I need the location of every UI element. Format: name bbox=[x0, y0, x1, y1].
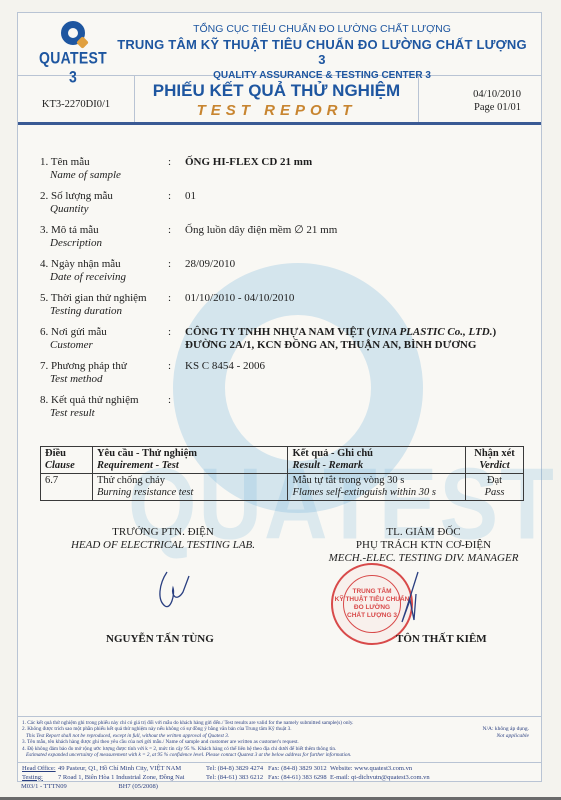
sample-info-fields: 1. Tên mẫuName of sample : ỐNG HI-FLEX C… bbox=[40, 156, 530, 428]
field-label-en: Testing duration bbox=[40, 305, 147, 318]
field-test-result: 8. Kết quả thử nghiệmTest result : bbox=[40, 394, 530, 428]
results-table: ĐiềuClause Yêu cầu - Thử nghiệmRequireme… bbox=[40, 446, 524, 501]
field-label: 7. Phương pháp thử bbox=[40, 360, 127, 372]
field-label-en: Description bbox=[40, 237, 102, 250]
signer-title-en: MECH.-ELEC. TESTING DIV. MANAGER bbox=[306, 552, 541, 565]
cell-result: Mẫu tự tắt trong vòng 30 sFlames self-ex… bbox=[288, 474, 466, 501]
form-number: M03/1 - TTTN09 bbox=[21, 783, 67, 790]
signature-block-right: TL. GIÁM ĐỐC PHỤ TRÁCH KTN CƠ-ĐIỆN MECH.… bbox=[306, 526, 541, 565]
cell-verdict: ĐạtPass bbox=[466, 474, 524, 501]
field-date-received: 4. Ngày nhận mẫuDate of receiving : 28/0… bbox=[40, 258, 530, 292]
contact-info: Head Office: 49 Pasteur, Q1, Hồ Chí Minh… bbox=[18, 762, 541, 784]
field-label: 6. Nơi gửi mẫu bbox=[40, 326, 107, 338]
table-row: 6.7 Thử chống cháyBurning resistance tes… bbox=[41, 474, 524, 501]
testing-fax: Fax: (84-61) 383 6298 bbox=[268, 774, 330, 783]
signer-title-en: HEAD OF ELECTRICAL TESTING LAB. bbox=[48, 539, 278, 552]
cell-clause: 6.7 bbox=[41, 474, 93, 501]
head-office-tel: Tel: (84-8) 3829 4274 bbox=[206, 765, 268, 774]
email-link[interactable]: E-mail: qt-dichvutn@quatest3.com.vn bbox=[330, 774, 430, 783]
field-label-en: Test method bbox=[40, 373, 127, 386]
customer-name-en: VINA PLASTIC Co., LTD. bbox=[370, 326, 492, 338]
letterhead: QUATEST 3 TỔNG CỤC TIÊU CHUẨN ĐO LƯỜNG C… bbox=[18, 13, 541, 76]
report-title-en: TEST REPORT bbox=[135, 102, 418, 119]
colon: : bbox=[168, 156, 171, 169]
signature-icon bbox=[153, 570, 193, 615]
field-label: 8. Kết quả thử nghiệm bbox=[40, 394, 139, 406]
header-clause: ĐiềuClause bbox=[41, 447, 93, 474]
field-label-en: Date of receiving bbox=[40, 271, 126, 284]
customer-name: CÔNG TY TNHH NHỰA NAM VIỆT ( bbox=[185, 326, 370, 338]
field-value: ỐNG HI-FLEX CD 21 mm bbox=[185, 156, 312, 169]
head-office-row: Head Office: 49 Pasteur, Q1, Hồ Chí Minh… bbox=[22, 765, 537, 774]
field-label-en: Test result bbox=[40, 407, 139, 420]
head-office-address: 49 Pasteur, Q1, Hồ Chí Minh City, VIỆT N… bbox=[58, 765, 206, 774]
field-label: 4. Ngày nhận mẫu bbox=[40, 258, 121, 270]
note-4-en: Estimated expanded uncertainty of measur… bbox=[22, 752, 537, 758]
field-value: CÔNG TY TNHH NHỰA NAM VIỆT (VINA PLASTIC… bbox=[185, 326, 496, 352]
signature-icon bbox=[396, 570, 426, 630]
field-label: 1. Tên mẫu bbox=[40, 156, 90, 168]
footnotes: 1. Các kết quả thử nghiệm ghi trong phiế… bbox=[18, 716, 541, 761]
signer-name-left: NGUYỄN TẤN TÙNG bbox=[106, 633, 214, 645]
colon: : bbox=[168, 326, 171, 339]
report-date: 04/10/2010 bbox=[418, 88, 521, 101]
colon: : bbox=[168, 292, 171, 305]
cell-requirement: Thử chống cháyBurning resistance test bbox=[92, 474, 288, 501]
field-value: 01/10/2010 - 04/10/2010 bbox=[185, 292, 294, 305]
form-revision: BH7 (05/2008) bbox=[118, 783, 158, 790]
field-value: Ống luồn dây điện mềm ∅ 21 mm bbox=[185, 224, 337, 237]
testing-label: Testing: bbox=[22, 774, 58, 783]
signer-title-vn: TL. GIÁM ĐỐC bbox=[306, 526, 541, 539]
field-label: 2. Số lượng mẫu bbox=[40, 190, 113, 202]
quatest-logo: QUATEST 3 bbox=[38, 21, 108, 83]
signature-block-left: TRƯỞNG PTN. ĐIỆN HEAD OF ELECTRICAL TEST… bbox=[48, 526, 278, 552]
header-requirement: Yêu cầu - Thử nghiệmRequirement - Test bbox=[92, 447, 288, 474]
page-number: Page 01/01 bbox=[418, 101, 521, 114]
field-test-method: 7. Phương pháp thửTest method : KS C 845… bbox=[40, 360, 530, 394]
field-description: 3. Mô tả mẫuDescription : Ống luồn dây đ… bbox=[40, 224, 530, 258]
report-number: KT3-2270DI0/1 bbox=[18, 75, 135, 122]
field-label: 5. Thời gian thử nghiệm bbox=[40, 292, 147, 304]
organization-name: TỔNG CỤC TIÊU CHUẨN ĐO LƯỜNG CHẤT LƯỢNG … bbox=[113, 23, 531, 81]
report-title-vn: PHIẾU KẾT QUẢ THỬ NGHIỆM bbox=[135, 81, 418, 101]
center-name-vn: TRUNG TÂM KỸ THUẬT TIÊU CHUẨN ĐO LƯỜNG C… bbox=[113, 37, 531, 67]
logo-q-icon bbox=[61, 21, 85, 45]
field-quantity: 2. Số lượng mẫuQuantity : 01 bbox=[40, 190, 530, 224]
signer-title-vn: TRƯỞNG PTN. ĐIỆN bbox=[48, 526, 278, 539]
field-label-en: Name of sample bbox=[40, 169, 121, 182]
field-sample-name: 1. Tên mẫuName of sample : ỐNG HI-FLEX C… bbox=[40, 156, 530, 190]
na-legend: N/A: không áp dụng. Not applicable bbox=[483, 726, 529, 740]
report-date-page: 04/10/2010 Page 01/01 bbox=[418, 75, 543, 122]
colon: : bbox=[168, 258, 171, 271]
customer-address: ĐƯỜNG 2A/1, KCN ĐỒNG AN, THUẬN AN, BÌNH … bbox=[185, 339, 476, 351]
field-customer: 6. Nơi gửi mẫuCustomer : CÔNG TY TNHH NH… bbox=[40, 326, 530, 360]
colon: : bbox=[168, 394, 171, 407]
signer-name-right: TÔN THẤT KIÊM bbox=[396, 633, 487, 645]
header-result: Kết quả - Ghi chúResult - Remark bbox=[288, 447, 466, 474]
signer-subtitle-vn: PHỤ TRÁCH KTN CƠ-ĐIỆN bbox=[306, 539, 541, 552]
field-label: 3. Mô tả mẫu bbox=[40, 224, 99, 236]
field-value: 01 bbox=[185, 190, 196, 203]
field-value: KS C 8454 - 2006 bbox=[185, 360, 265, 373]
field-testing-duration: 5. Thời gian thử nghiệmTesting duration … bbox=[40, 292, 530, 326]
colon: : bbox=[168, 360, 171, 373]
testing-address: 7 Road 1, Biên Hòa 1 Industrial Zone, Đồ… bbox=[58, 774, 206, 783]
testing-row: Testing: 7 Road 1, Biên Hòa 1 Industrial… bbox=[22, 774, 537, 783]
report-title: PHIẾU KẾT QUẢ THỬ NGHIỆM TEST REPORT bbox=[135, 75, 419, 122]
testing-tel: Tel: (84-61) 383 6212 bbox=[206, 774, 268, 783]
colon: : bbox=[168, 190, 171, 203]
report-title-bar: KT3-2270DI0/1 PHIẾU KẾT QUẢ THỬ NGHIỆM T… bbox=[18, 75, 541, 125]
colon: : bbox=[168, 224, 171, 237]
head-office-label: Head Office: bbox=[22, 765, 58, 774]
na-en: Not applicable bbox=[483, 733, 529, 740]
table-header-row: ĐiềuClause Yêu cầu - Thử nghiệmRequireme… bbox=[41, 447, 524, 474]
header-verdict: Nhận xétVerdict bbox=[466, 447, 524, 474]
field-value: 28/09/2010 bbox=[185, 258, 235, 271]
field-label-en: Customer bbox=[40, 339, 107, 352]
test-report-page: QUATEST 3 QUATEST 3 TỔNG CỤC TIÊU CHUẨN … bbox=[17, 12, 542, 782]
paren: ) bbox=[492, 326, 496, 338]
website-link[interactable]: Website: www.quatest3.com.vn bbox=[330, 765, 412, 774]
form-code: M03/1 - TTTN09 BH7 (05/2008) bbox=[21, 783, 208, 790]
na-vn: N/A: không áp dụng. bbox=[483, 726, 529, 733]
field-label-en: Quantity bbox=[40, 203, 113, 216]
head-office-fax: Fax: (84-8) 3829 3012 bbox=[268, 765, 330, 774]
parent-org: TỔNG CỤC TIÊU CHUẨN ĐO LƯỜNG CHẤT LƯỢNG bbox=[113, 23, 531, 35]
